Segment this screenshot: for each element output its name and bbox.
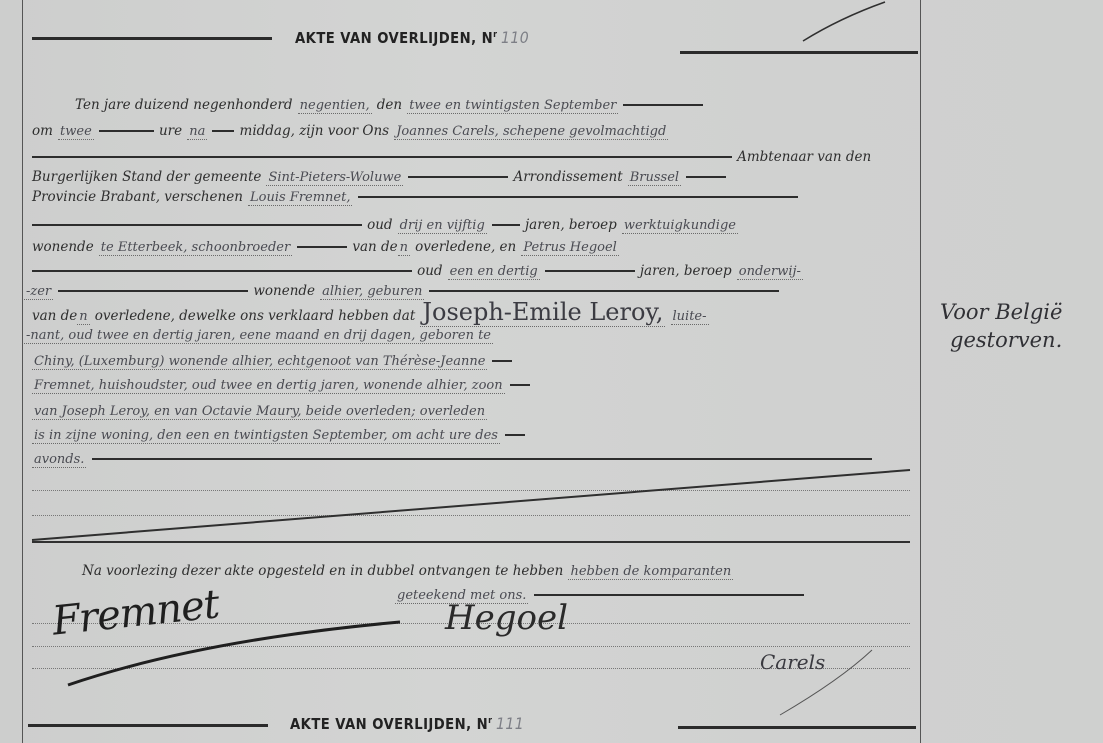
header-rule-right: [678, 726, 916, 729]
act-title: AKTE VAN OVERLIJDEN, Nr111: [290, 714, 524, 733]
act-number: 111: [496, 714, 524, 733]
pen-strokes: [0, 0, 1103, 743]
act-header-bottom: AKTE VAN OVERLIJDEN, Nr111: [0, 712, 920, 736]
margin-annotation: Voor België gestorven.: [940, 298, 1062, 354]
register-page: AKTE VAN OVERLIJDEN, Nr110 Ten jare duiz…: [0, 0, 1103, 743]
header-rule-left: [28, 724, 268, 727]
